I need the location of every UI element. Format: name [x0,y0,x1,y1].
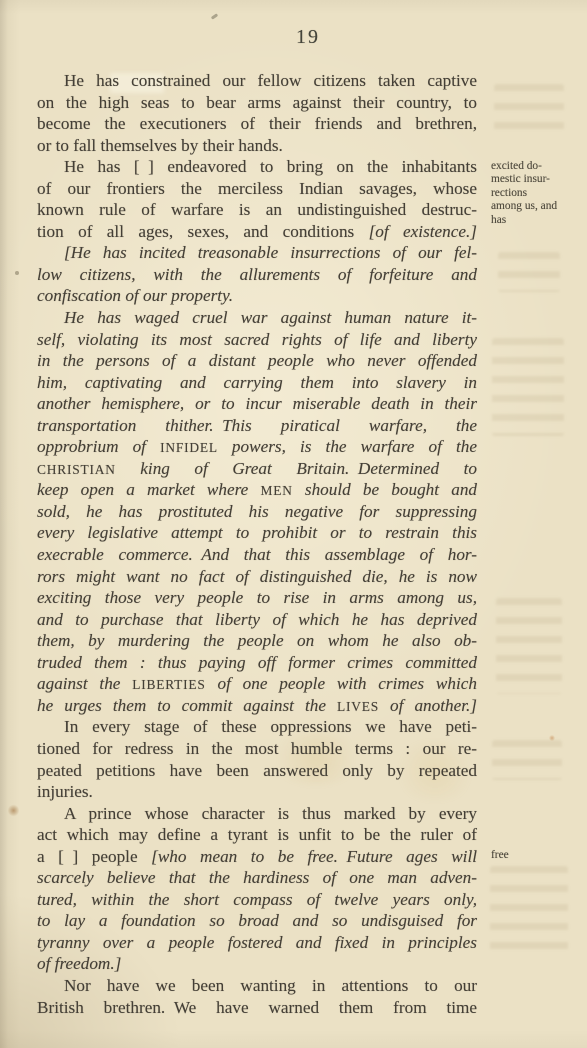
text-line: self, violating its most sacred rights o… [37,329,477,351]
text-segment: He has constrained our fellow citizens t… [64,71,477,90]
text-segment: or to fall themselves by their hands. [37,136,283,155]
text-segment: act which may define a tyrant is unfit t… [37,825,477,844]
text-block: He has constrained our fellow citizens t… [37,70,477,1018]
text-segment: INFIDEL [160,440,218,455]
text-line: another hemisphere, or to incur miserabl… [37,393,477,415]
text-segment: tioned for redress in the most humble te… [37,739,477,758]
text-line: He has constrained our fellow citizens t… [37,70,477,92]
text-line: or to fall themselves by their hands. [37,135,477,157]
text-segment: on the high seas to bear arms against th… [37,93,477,112]
text-line: He has [ ] endeavored to bring on the in… [37,156,477,178]
text-segment: He has [ ] endeavored to bring on the in… [64,157,477,176]
text-segment: known rule of warfare is an undistinguis… [37,200,477,219]
text-line: execrable commerce. And that this assemb… [37,544,477,566]
text-segment: of another.] [379,696,477,715]
text-segment: exciting those very people to rise in ar… [37,588,477,607]
book-page: 19 He has constrained our fellow citizen… [0,0,587,1048]
text-line: tured, within the short compass of twelv… [37,889,477,911]
text-line: against the LIBERTIES of one people with… [37,673,477,695]
show-through-artifact [496,598,562,694]
text-segment: king of Great Britain. Determined to [116,459,477,478]
text-segment: In every stage of these oppressions we h… [64,717,477,736]
show-through-artifact [492,338,564,436]
text-segment: Nor have we been wanting in attentions t… [64,976,477,995]
text-segment: sold, he has prostituted his negative fo… [37,502,477,521]
text-segment: of one people with crimes which [206,674,477,693]
text-segment: become the executioners of their friends… [37,114,477,133]
text-line: tioned for redress in the most humble te… [37,738,477,760]
text-segment: of our frontiers the merciless Indian sa… [37,179,477,198]
text-line: opprobrium of INFIDEL powers, is the war… [37,436,477,458]
text-line: and to purchase that liberty of which he… [37,609,477,631]
text-line: a [ ] people [who mean to be free. Futur… [37,846,477,868]
text-line: keep open a market where MEN should be b… [37,479,477,501]
text-segment: [He has incited treasonable insurrection… [64,243,477,262]
margin-note-line: rections [491,187,583,200]
margin-note-free: free [491,849,583,862]
text-line: scarcely believe that the hardiness of o… [37,867,477,889]
text-segment: in the persons of a distant people who n… [37,351,477,370]
text-line: exciting those very people to rise in ar… [37,587,477,609]
text-segment: self, violating its most sacred rights o… [37,330,477,349]
text-line: peated petitions have been answered only… [37,760,477,782]
margin-note-line: among us, and [491,200,583,213]
text-segment: he urges them to commit against the [37,696,337,715]
text-line: injuries. [37,781,477,803]
text-segment: another hemisphere, or to incur miserabl… [37,394,477,413]
text-line: to lay a foundation so broad and so undi… [37,910,477,932]
page-number: 19 [296,26,320,49]
ink-speck [15,271,19,275]
text-segment: every legislative attempt to prohibit or… [37,523,477,542]
show-through-artifact [498,252,560,292]
text-segment: should be bought and [293,480,477,499]
text-segment: of freedom.] [37,954,121,973]
text-segment: tured, within the short compass of twelv… [37,890,477,909]
text-segment: transportation thither. This piratical w… [37,416,477,435]
text-segment: and to purchase that liberty of which he… [37,610,477,629]
text-segment: [who mean to be free. Future ages will [151,847,477,866]
text-segment: CHRISTIAN [37,462,116,477]
text-line: every legislative attempt to prohibit or… [37,522,477,544]
text-segment: low citizens, with the allurements of fo… [37,265,477,284]
margin-note-line: free [491,849,583,862]
text-segment: a [ ] people [37,847,151,866]
text-line: on the high seas to bear arms against th… [37,92,477,114]
text-line: known rule of warfare is an undistinguis… [37,199,477,221]
text-line: truded them : thus paying off former cri… [37,652,477,674]
text-segment: British brethren. We have warned them fr… [37,998,477,1017]
text-segment: him, captivating and carrying them into … [37,373,477,392]
text-segment: them, by murdering the people on whom he… [37,631,477,650]
text-line: sold, he has prostituted his negative fo… [37,501,477,523]
text-segment: against the [37,674,132,693]
text-segment: MEN [260,483,292,498]
text-line: in the persons of a distant people who n… [37,350,477,372]
text-line: British brethren. We have warned them fr… [37,997,477,1019]
text-line: rors might want no fact of distinguished… [37,566,477,588]
text-segment: to lay a foundation so broad and so undi… [37,911,477,930]
text-line: him, captivating and carrying them into … [37,372,477,394]
text-line: low citizens, with the allurements of fo… [37,264,477,286]
text-line: transportation thither. This piratical w… [37,415,477,437]
text-line: In every stage of these oppressions we h… [37,716,477,738]
text-line: of freedom.] [37,953,477,975]
margin-note-insurrections: excited do-mestic insur-rectionsamong us… [491,160,583,227]
text-line: confiscation of our property. [37,285,477,307]
text-segment: rors might want no fact of distinguished… [37,567,477,586]
text-line: A prince whose character is thus marked … [37,803,477,825]
text-segment: peated petitions have been answered only… [37,761,477,780]
text-segment: LIBERTIES [132,677,205,692]
stain [8,804,19,817]
text-segment: injuries. [37,782,93,801]
margin-note-line: excited do- [491,160,583,173]
margin-note-line: mestic insur- [491,173,583,186]
show-through-artifact [494,84,564,138]
text-segment: He has waged cruel war against human nat… [64,308,477,327]
text-line: act which may define a tyrant is unfit t… [37,824,477,846]
text-segment: tyranny over a people fostered and fixed… [37,933,477,952]
show-through-artifact [492,740,562,780]
text-line: he urges them to commit against the LIVE… [37,695,477,717]
text-segment: powers, is the warfare of the [218,437,477,456]
text-line: tion of all ages, sexes, and conditions … [37,221,477,243]
text-line: CHRISTIAN king of Great Britain. Determi… [37,458,477,480]
text-segment: LIVES [337,699,379,714]
text-line: He has waged cruel war against human nat… [37,307,477,329]
text-segment: execrable commerce. And that this assemb… [37,545,477,564]
text-line: them, by murdering the people on whom he… [37,630,477,652]
text-segment: A prince whose character is thus marked … [64,804,477,823]
text-segment: confiscation of our property. [37,286,233,305]
text-segment: scarcely believe that the hardiness of o… [37,868,477,887]
text-line: of our frontiers the merciless Indian sa… [37,178,477,200]
text-line: Nor have we been wanting in attentions t… [37,975,477,997]
margin-note-line: has [491,214,583,227]
text-line: tyranny over a people fostered and fixed… [37,932,477,954]
text-line: become the executioners of their friends… [37,113,477,135]
text-segment: keep open a market where [37,480,260,499]
text-segment: truded them : thus paying off former cri… [37,653,477,672]
text-segment: opprobrium of [37,437,160,456]
ink-speck [211,13,218,19]
show-through-artifact [490,866,568,952]
text-segment: tion of all ages, sexes, and conditions [37,222,369,241]
text-line: [He has incited treasonable insurrection… [37,242,477,264]
text-segment: [of existence.] [369,222,477,241]
